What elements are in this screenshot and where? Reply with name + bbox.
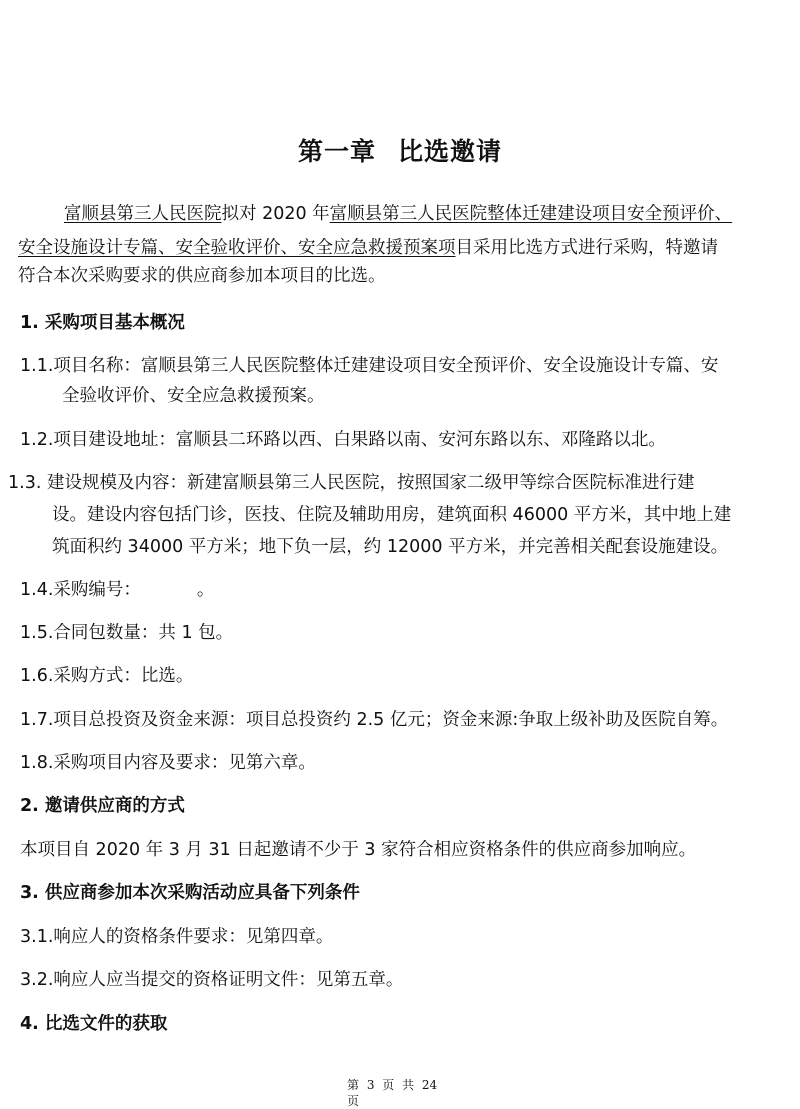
item-1-5: 1.5.合同包数量：共 1 包。 [20, 621, 233, 645]
item-1-6: 1.6.采购方式：比选。 [20, 664, 193, 688]
intro-line-1: 富顺县第三人民医院拟对 2020 年富顺县第三人民医院整体迁建建设项目安全预评价… [64, 202, 732, 226]
intro-line-3: 符合本次采购要求的供应商参加本项目的比选。 [18, 264, 386, 288]
procurement-number-value: 。 [197, 580, 215, 600]
item-1-8: 1.8.采购项目内容及要求：见第六章。 [20, 751, 316, 775]
project-name-b: 安全设施设计专篇、安全验收评价、安全应急救援预案项 [18, 238, 456, 258]
chapter-number: 第一章 [298, 137, 376, 166]
document-page: 第一章比选邀请 富顺县第三人民医院拟对 2020 年富顺县第三人民医院整体迁建建… [0, 0, 800, 1109]
item-3-1: 3.1.响应人的资格条件要求：见第四章。 [20, 925, 333, 949]
item-3-2: 3.2.响应人应当提交的资格证明文件：见第五章。 [20, 968, 403, 992]
section-2-body: 本项目自 2020 年 3 月 31 日起邀请不少于 3 家符合相应资格条件的供… [20, 838, 696, 862]
item-1-1-line-2: 全验收评价、安全应急救援预案。 [62, 384, 325, 408]
page-number-line-1: 第 3 页 共 24 [347, 1077, 447, 1093]
item-1-1-line-1: 1.1.项目名称：富顺县第三人民医院整体迁建建设项目安全预评价、安全设施设计专篇… [20, 354, 718, 378]
item-1-2: 1.2.项目建设地址：富顺县二环路以西、白果路以南、安河东路以东、邓隆路以北。 [20, 428, 666, 452]
section-3-heading: 3. 供应商参加本次采购活动应具备下列条件 [20, 881, 360, 905]
item-1-3-line-1: 1.3. 建设规模及内容：新建富顺县第三人民医院，按照国家二级甲等综合医院标准进… [8, 471, 694, 495]
page-number-line-2: 页 [347, 1093, 447, 1109]
page-footer: 第 3 页 共 24 页 [347, 1077, 447, 1109]
item-1-7: 1.7.项目总投资及资金来源：项目总投资约 2.5 亿元；资金来源:争取上级补助… [20, 708, 728, 732]
chapter-title: 第一章比选邀请 [0, 132, 800, 168]
item-1-3-line-2: 设。建设内容包括门诊，医技、住院及辅助用房，建筑面积 46000 平方米，其中地… [52, 503, 731, 527]
section-1-heading: 1. 采购项目基本概况 [20, 311, 185, 335]
chapter-name: 比选邀请 [398, 137, 502, 166]
item-1-4: 1.4.采购编号：。 [20, 578, 214, 602]
item-1-3-line-3: 筑面积约 34000 平方米；地下负一层，约 12000 平方米，并完善相关配套… [52, 535, 728, 559]
procurement-number-label: 1.4.采购编号： [20, 580, 141, 600]
section-2-heading: 2. 邀请供应商的方式 [20, 794, 185, 818]
intro-line-2: 安全设施设计专篇、安全验收评价、安全应急救援预案项目采用比选方式进行采购，特邀请 [18, 236, 718, 260]
section-4-heading: 4. 比选文件的获取 [20, 1012, 167, 1036]
org-name: 富顺县第三人民医院 [64, 204, 222, 224]
project-name-a: 富顺县第三人民医院整体迁建建设项目安全预评价、 [330, 204, 733, 224]
